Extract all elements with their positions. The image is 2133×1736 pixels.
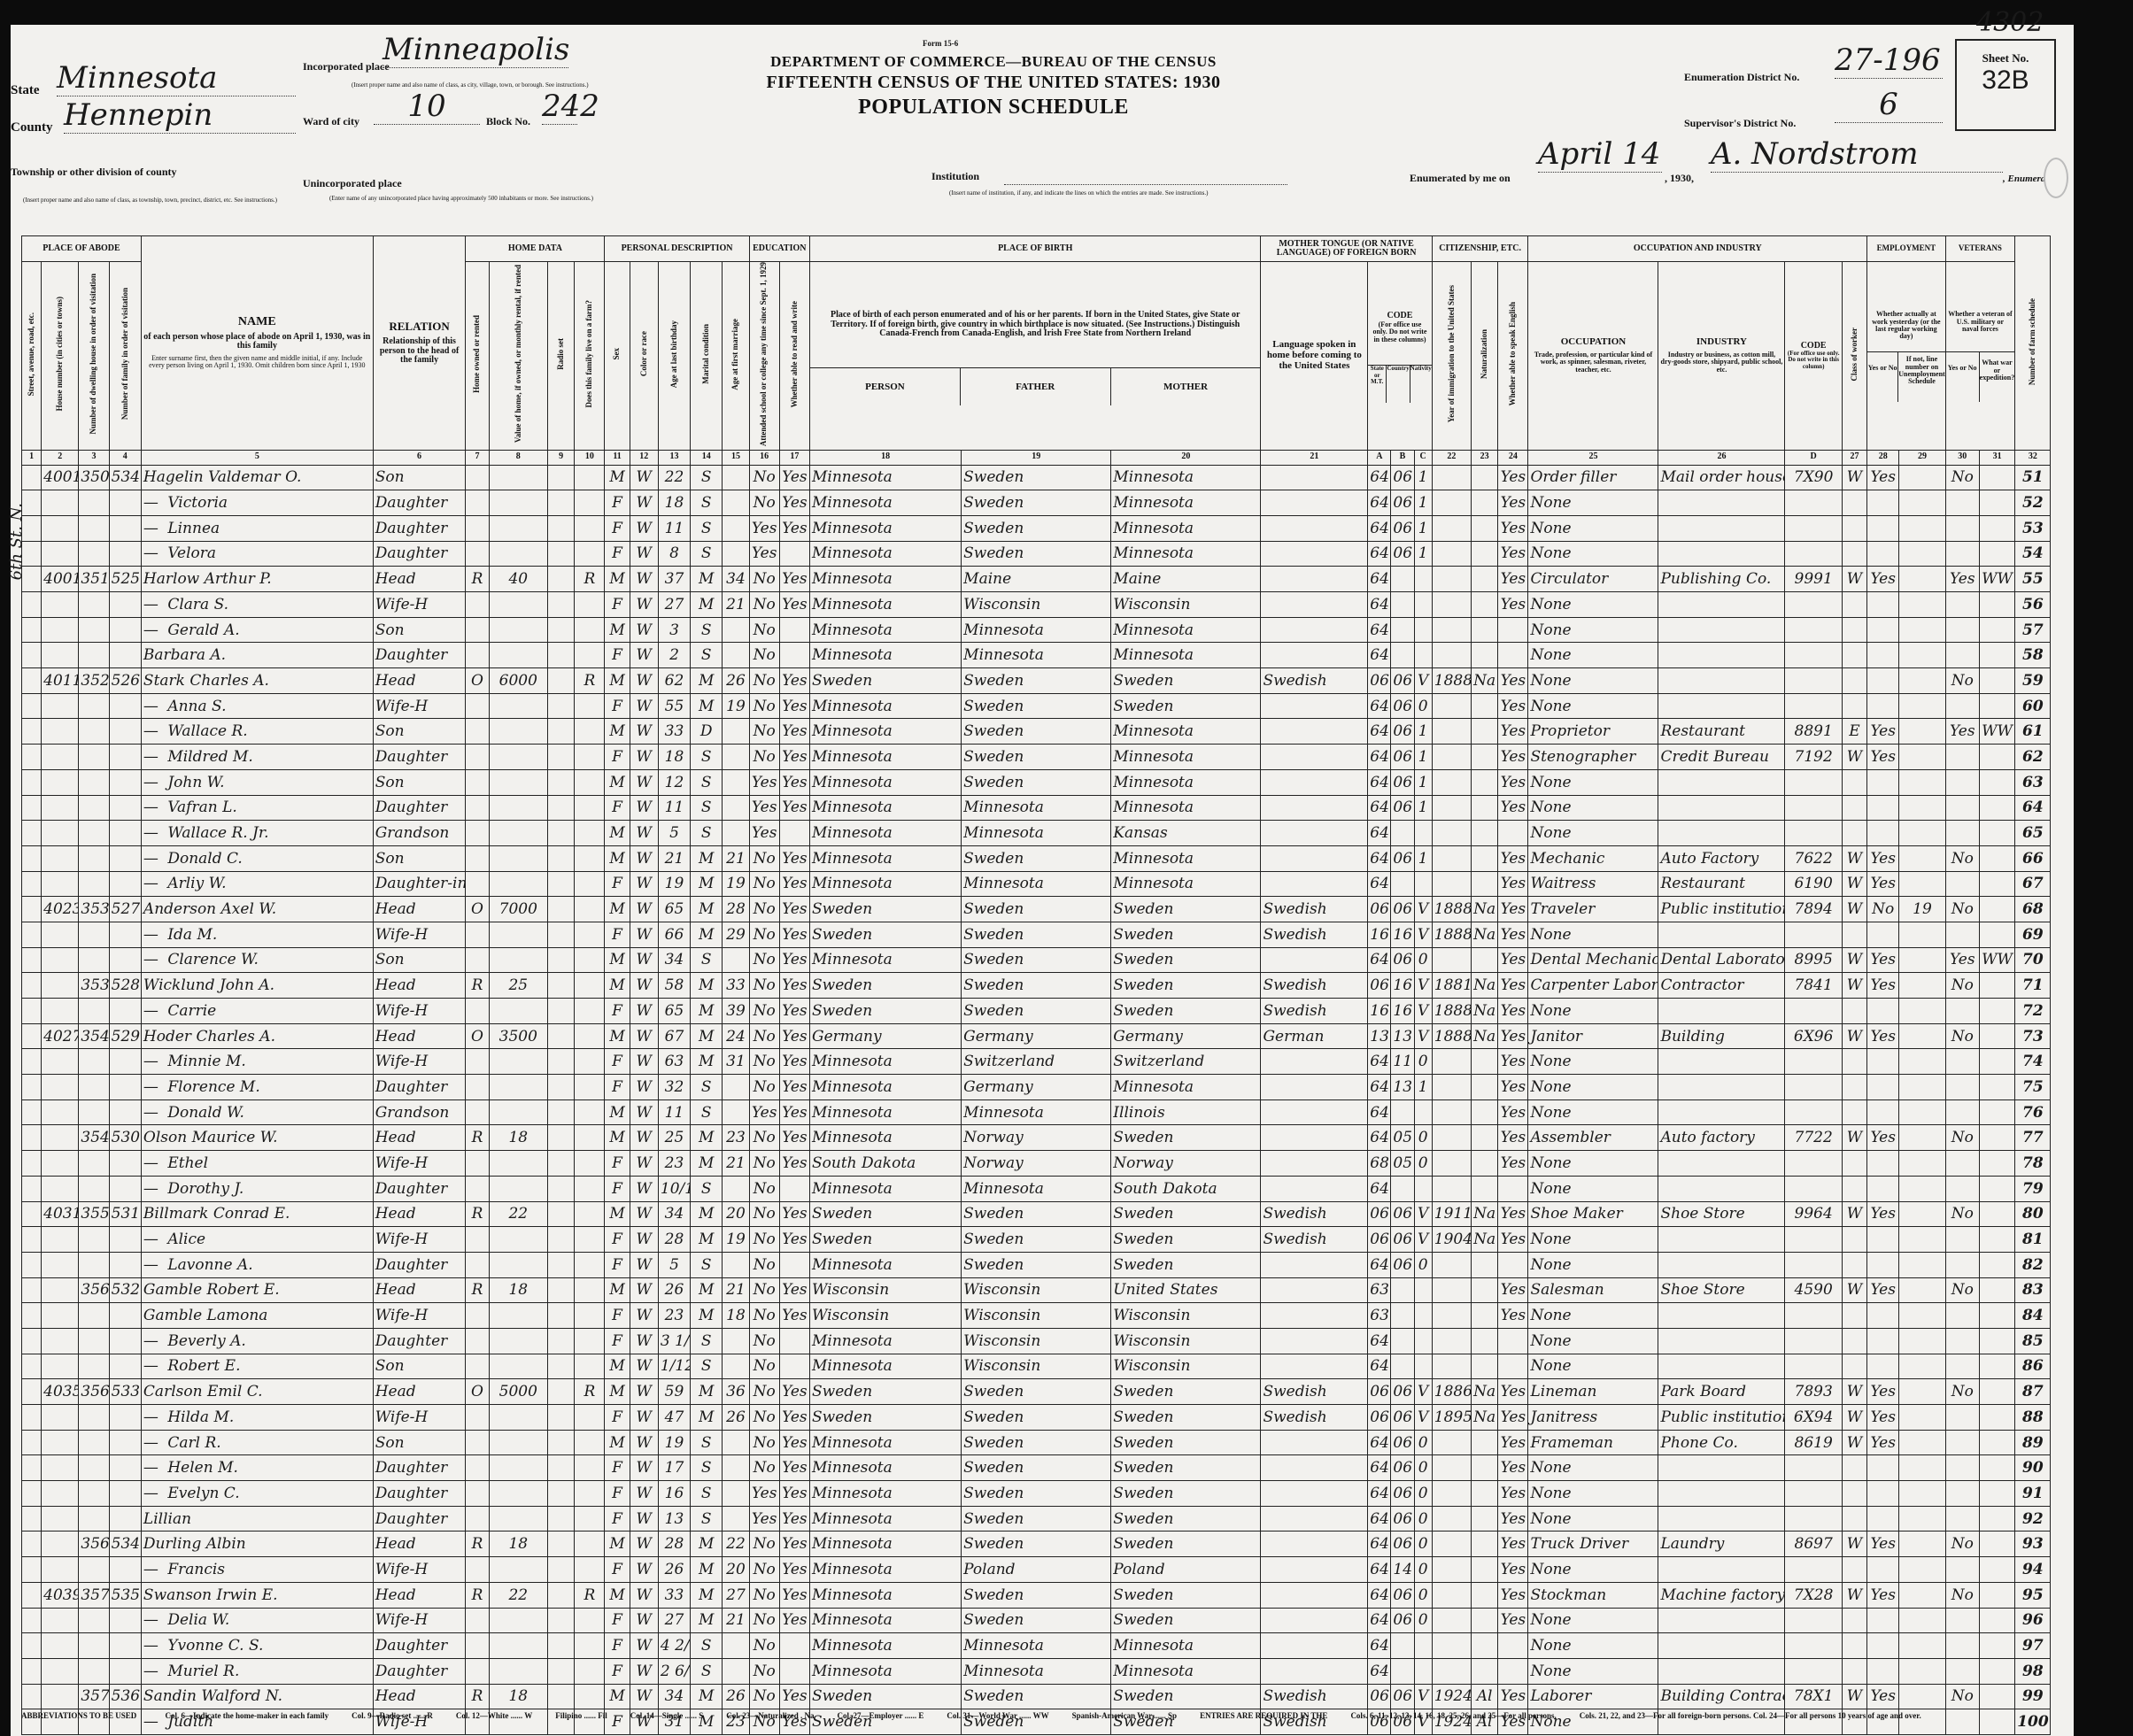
- race-cell: W: [630, 821, 658, 846]
- birthplace-person-cell: Minnesota: [810, 1430, 962, 1455]
- home-tenure-cell: [466, 693, 489, 719]
- occupation-code-cell: 9964: [1785, 1201, 1842, 1227]
- family-number-cell: 529: [109, 1023, 141, 1049]
- industry-cell: [1658, 1176, 1785, 1201]
- dwelling-number-cell: 353: [79, 897, 109, 922]
- class-of-worker-cell: [1842, 1303, 1866, 1329]
- occupation-cell: Circulator: [1528, 567, 1658, 592]
- birthplace-mother-cell: Wisconsin: [1111, 1354, 1261, 1379]
- same-surname-dash: —: [143, 1053, 163, 1070]
- home-tenure-cell: [466, 769, 489, 795]
- home-tenure-cell: R: [466, 973, 489, 999]
- age-first-marriage-cell: [723, 1633, 749, 1659]
- name-cell: Gamble Robert E.: [141, 1277, 373, 1303]
- war-cell: [1979, 871, 2014, 897]
- immigration-year-cell: [1432, 871, 1471, 897]
- unemployment-line-cell: 19: [1899, 897, 1945, 922]
- occupation-cell: None: [1528, 769, 1658, 795]
- at-work-cell: [1867, 1176, 1899, 1201]
- street-cell: [22, 1557, 42, 1583]
- at-work-cell: Yes: [1867, 465, 1899, 490]
- code-c-cell: [1414, 1354, 1432, 1379]
- occupation-cell: None: [1528, 1506, 1658, 1532]
- family-number-cell: [109, 1252, 141, 1277]
- radio-cell: [548, 1532, 575, 1557]
- age-cell: 65: [658, 897, 690, 922]
- industry-cell: [1658, 1506, 1785, 1532]
- farm-cell: [575, 693, 605, 719]
- marital-cell: S: [691, 1633, 723, 1659]
- street-cell: [22, 1455, 42, 1481]
- table-row: — Arliy W.Daughter-in-lawFW19M19NoYesMin…: [22, 871, 2078, 897]
- speaks-english-cell: Yes: [1498, 1201, 1528, 1227]
- age-cell: 27: [658, 592, 690, 618]
- industry-cell: [1658, 693, 1785, 719]
- name-cell: — Linnea: [141, 515, 373, 541]
- code-c-cell: V: [1414, 922, 1432, 947]
- mother-tongue-cell: Swedish: [1261, 922, 1368, 947]
- age-cell: 33: [658, 719, 690, 745]
- relation-cell: Head: [373, 1532, 466, 1557]
- age-first-marriage-cell: 28: [723, 897, 749, 922]
- birthplace-father-cell: Sweden: [962, 1481, 1111, 1507]
- home-tenure-cell: [466, 1303, 489, 1329]
- radio-cell: [548, 1049, 575, 1075]
- age-first-marriage-cell: 26: [723, 668, 749, 694]
- naturalization-cell: [1472, 1481, 1498, 1507]
- relation-cell: Daughter: [373, 1328, 466, 1354]
- sex-cell: F: [605, 795, 630, 821]
- radio-cell: [548, 947, 575, 973]
- dwelling-number-cell: [79, 1354, 109, 1379]
- marital-cell: M: [691, 999, 723, 1024]
- birthplace-mother-cell: Sweden: [1111, 1252, 1261, 1277]
- read-write-cell: Yes: [779, 1049, 809, 1075]
- relation-cell: Wife-H: [373, 922, 466, 947]
- at-work-cell: Yes: [1867, 567, 1899, 592]
- given-name: John A.: [220, 976, 274, 994]
- veteran-cell: [1945, 1227, 1979, 1253]
- birthplace-person-cell: Minnesota: [810, 1658, 962, 1684]
- street-cell: [22, 973, 42, 999]
- age-first-marriage-cell: [723, 1455, 749, 1481]
- mother-tongue-cell: [1261, 769, 1368, 795]
- class-of-worker-cell: [1842, 1328, 1866, 1354]
- relation-cell: Son: [373, 719, 466, 745]
- immigration-year-cell: [1432, 1099, 1471, 1125]
- occupation-code-cell: 4590: [1785, 1277, 1842, 1303]
- unemployment-line-cell: [1899, 617, 1945, 643]
- institution-note: (Insert name of institution, if any, and…: [949, 189, 1209, 197]
- relation-cell: Daughter: [373, 1633, 466, 1659]
- race-cell: W: [630, 617, 658, 643]
- occupation-cell: Traveler: [1528, 897, 1658, 922]
- state-value: Minnesota: [57, 60, 296, 96]
- unemployment-line-cell: [1899, 1658, 1945, 1684]
- family-number-cell: [109, 1430, 141, 1455]
- speaks-english-cell: Yes: [1498, 922, 1528, 947]
- naturalization-cell: [1472, 490, 1498, 516]
- occupation-code-cell: [1785, 821, 1842, 846]
- war-cell: [1979, 1023, 2014, 1049]
- sex-cell: M: [605, 1354, 630, 1379]
- table-row: 4011352526Stark Charles A.HeadO6000RMW62…: [22, 668, 2078, 694]
- naturalization-cell: [1472, 871, 1498, 897]
- speaks-english-cell: [1498, 1658, 1528, 1684]
- occupation-code-cell: 8697: [1785, 1532, 1842, 1557]
- house-number-cell: [42, 1557, 79, 1583]
- home-value-cell: [489, 821, 547, 846]
- house-number-cell: [42, 1354, 79, 1379]
- immigration-year-cell: 1888: [1432, 999, 1471, 1024]
- unemployment-line-cell: [1899, 541, 1945, 567]
- industry-cell: Public institution: [1658, 897, 1785, 922]
- marital-cell: M: [691, 1277, 723, 1303]
- family-number-cell: [109, 1506, 141, 1532]
- sex-cell: F: [605, 871, 630, 897]
- race-cell: W: [630, 567, 658, 592]
- house-number-cell: [42, 1328, 79, 1354]
- code-b-cell: 06: [1391, 1481, 1414, 1507]
- veteran-cell: No: [1945, 973, 1979, 999]
- occupation-code-cell: 9991: [1785, 567, 1842, 592]
- speaks-english-cell: Yes: [1498, 1379, 1528, 1405]
- mother-tongue-cell: [1261, 1557, 1368, 1583]
- footer-note: Col. 6—Indicate the home-maker in each f…: [166, 1711, 329, 1720]
- class-of-worker-cell: W: [1842, 1201, 1866, 1227]
- speaks-english-cell: Yes: [1498, 515, 1528, 541]
- speaks-english-cell: Yes: [1498, 947, 1528, 973]
- place-of-birth-subheader: Place of birth of each person enumerated…: [810, 262, 1261, 451]
- race-cell: W: [630, 1049, 658, 1075]
- street-cell: [22, 1176, 42, 1201]
- header-mother-tongue: MOTHER TONGUE (OR NATIVE LANGUAGE) OF FO…: [1261, 236, 1432, 262]
- county-value: Hennepin: [64, 97, 296, 134]
- read-write-cell: [779, 1354, 809, 1379]
- home-tenure-cell: [466, 541, 489, 567]
- code-c-cell: 0: [1414, 693, 1432, 719]
- house-number-cell: [42, 1506, 79, 1532]
- township-label: Township or other division of county: [11, 166, 303, 178]
- read-write-cell: Yes: [779, 1608, 809, 1633]
- read-write-cell: [779, 1658, 809, 1684]
- relation-cell: Son: [373, 845, 466, 871]
- birthplace-father-cell: Sweden: [962, 1405, 1111, 1431]
- age-cell: 28: [658, 1532, 690, 1557]
- at-work-cell: Yes: [1867, 1277, 1899, 1303]
- home-tenure-cell: [466, 1354, 489, 1379]
- speaks-english-cell: [1498, 1176, 1528, 1201]
- mother-tongue-cell: [1261, 1532, 1368, 1557]
- code-a-cell: 64: [1368, 1481, 1391, 1507]
- war-cell: [1979, 465, 2014, 490]
- class-of-worker-cell: [1842, 693, 1866, 719]
- street-cell: [22, 1201, 42, 1227]
- radio-cell: [548, 719, 575, 745]
- column-number-9: 9: [548, 450, 575, 465]
- sex-cell: F: [605, 1227, 630, 1253]
- age-first-marriage-cell: [723, 719, 749, 745]
- institution-line: [1004, 174, 1287, 185]
- race-cell: W: [630, 947, 658, 973]
- birthplace-person-cell: Minnesota: [810, 795, 962, 821]
- age-first-marriage-cell: [723, 643, 749, 668]
- unemployment-line-cell: [1899, 693, 1945, 719]
- occupation-code-cell: [1785, 1481, 1842, 1507]
- birthplace-person-cell: Minnesota: [810, 769, 962, 795]
- table-row: 356532Gamble Robert E.HeadR18MW26M21NoYe…: [22, 1277, 2078, 1303]
- birthplace-father-cell: Sweden: [962, 1684, 1111, 1709]
- class-of-worker-cell: [1842, 1176, 1866, 1201]
- birthplace-person-cell: Minnesota: [810, 1328, 962, 1354]
- street-cell: [22, 1277, 42, 1303]
- code-a-cell: 64: [1368, 1099, 1391, 1125]
- unemployment-line-cell: [1899, 643, 1945, 668]
- name-cell: Wicklund John A.: [141, 973, 373, 999]
- family-number-cell: [109, 1658, 141, 1684]
- street-cell: [22, 1430, 42, 1455]
- unemployment-line-cell: [1899, 490, 1945, 516]
- name-cell: — Carl R.: [141, 1430, 373, 1455]
- line-number-cell: 98: [2015, 1658, 2051, 1684]
- at-work-cell: Yes: [1867, 1430, 1899, 1455]
- house-number-cell: [42, 1430, 79, 1455]
- school-cell: No: [749, 1075, 779, 1100]
- speaks-english-cell: Yes: [1498, 1557, 1528, 1583]
- name-cell: — Arliy W.: [141, 871, 373, 897]
- race-cell: W: [630, 1405, 658, 1431]
- war-cell: [1979, 1582, 2014, 1608]
- industry-cell: Phone Co.: [1658, 1430, 1785, 1455]
- relation-cell: Son: [373, 1430, 466, 1455]
- given-name: Ethel: [167, 1154, 208, 1172]
- family-number-cell: 530: [109, 1125, 141, 1151]
- dwelling-number-cell: [79, 693, 109, 719]
- radio-cell: [548, 1354, 575, 1379]
- column-number-24: 24: [1498, 450, 1528, 465]
- code-b-cell: [1391, 1633, 1414, 1659]
- street-cell: [22, 1658, 42, 1684]
- naturalization-cell: [1472, 1252, 1498, 1277]
- table-row: — Clarence W.SonMW34SNoYesMinnesotaSwede…: [22, 947, 2078, 973]
- family-number-cell: [109, 1176, 141, 1201]
- code-c-cell: 1: [1414, 465, 1432, 490]
- birthplace-mother-cell: Minnesota: [1111, 1633, 1261, 1659]
- sex-cell: F: [605, 1481, 630, 1507]
- veteran-cell: No: [1945, 1023, 1979, 1049]
- birthplace-mother-cell: Sweden: [1111, 999, 1261, 1024]
- war-cell: [1979, 1201, 2014, 1227]
- veteran-cell: [1945, 745, 1979, 770]
- column-number-6: 6: [373, 450, 466, 465]
- birthplace-person-cell: Minnesota: [810, 845, 962, 871]
- birthplace-mother-cell: South Dakota: [1111, 1176, 1261, 1201]
- speaks-english-cell: Yes: [1498, 719, 1528, 745]
- war-cell: [1979, 1430, 2014, 1455]
- code-a-cell: 64: [1368, 1506, 1391, 1532]
- column-number-13: 13: [658, 450, 690, 465]
- birthplace-mother-cell: Kansas: [1111, 821, 1261, 846]
- industry-cell: [1658, 999, 1785, 1024]
- mother-tongue-cell: [1261, 1176, 1368, 1201]
- code-c-cell: [1414, 567, 1432, 592]
- race-cell: W: [630, 845, 658, 871]
- line-number-cell: 72: [2015, 999, 2051, 1024]
- unemployment-line-cell: [1899, 1176, 1945, 1201]
- home-tenure-cell: [466, 999, 489, 1024]
- dwelling-number-cell: 352: [79, 668, 109, 694]
- home-value-cell: [489, 845, 547, 871]
- speaks-english-cell: [1498, 1252, 1528, 1277]
- form-number: Form 15-6: [923, 39, 958, 48]
- age-first-marriage-cell: [723, 795, 749, 821]
- birthplace-father-cell: Sweden: [962, 1455, 1111, 1481]
- immigration-year-cell: 1888: [1432, 668, 1471, 694]
- sex-cell: M: [605, 719, 630, 745]
- line-number-cell: 68: [2015, 897, 2051, 922]
- occupation-cell: Truck Driver: [1528, 1532, 1658, 1557]
- immigration-year-cell: 1911: [1432, 1201, 1471, 1227]
- read-write-cell: Yes: [779, 1455, 809, 1481]
- read-write-cell: Yes: [779, 897, 809, 922]
- sex-cell: F: [605, 693, 630, 719]
- occupation-code-cell: 8891: [1785, 719, 1842, 745]
- code-c-cell: 0: [1414, 1151, 1432, 1177]
- line-number-cell: 95: [2015, 1582, 2051, 1608]
- code-c-cell: V: [1414, 1405, 1432, 1431]
- birthplace-father-cell: Sweden: [962, 769, 1111, 795]
- naturalization-cell: [1472, 693, 1498, 719]
- sex-cell: M: [605, 1099, 630, 1125]
- race-cell: W: [630, 1684, 658, 1709]
- same-surname-dash: —: [143, 1434, 163, 1452]
- name-cell: — Muriel R.: [141, 1658, 373, 1684]
- race-cell: W: [630, 1023, 658, 1049]
- birthplace-person-cell: Sweden: [810, 1379, 962, 1405]
- header-occupation-industry: OCCUPATION AND INDUSTRY: [1528, 236, 1867, 262]
- table-row: — Beverly A.DaughterFW3 1/12SNoMinnesota…: [22, 1328, 2078, 1354]
- column-number-14: 14: [691, 450, 723, 465]
- marital-cell: M: [691, 567, 723, 592]
- marital-cell: S: [691, 1658, 723, 1684]
- dwelling-number-cell: [79, 1227, 109, 1253]
- house-number-cell: [42, 1658, 79, 1684]
- birthplace-mother-cell: Sweden: [1111, 1430, 1261, 1455]
- speaks-english-cell: Yes: [1498, 1277, 1528, 1303]
- relation-cell: Wife-H: [373, 999, 466, 1024]
- column-number-7: 7: [466, 450, 489, 465]
- surname: Swanson: [143, 1586, 212, 1604]
- birthplace-mother-cell: Wisconsin: [1111, 1303, 1261, 1329]
- home-value-cell: [489, 947, 547, 973]
- age-cell: 5: [658, 821, 690, 846]
- name-cell: — Minnie M.: [141, 1049, 373, 1075]
- home-tenure-cell: [466, 1455, 489, 1481]
- age-first-marriage-cell: [723, 617, 749, 643]
- table-row: — Florence M.DaughterFW32SNoYesMinnesota…: [22, 1075, 2078, 1100]
- radio-cell: [548, 1405, 575, 1431]
- at-work-cell: [1867, 1481, 1899, 1507]
- line-number-cell: 99: [2015, 1684, 2051, 1709]
- street-cell: [22, 617, 42, 643]
- ward-value: 10: [374, 89, 480, 125]
- industry-cell: Park Board: [1658, 1379, 1785, 1405]
- table-row: — LinneaDaughterFW11SYesYesMinnesotaSwed…: [22, 515, 2078, 541]
- relation-cell: Daughter: [373, 643, 466, 668]
- race-cell: W: [630, 1277, 658, 1303]
- line-number-cell: 87: [2015, 1379, 2051, 1405]
- immigration-year-cell: [1432, 567, 1471, 592]
- immigration-year-cell: [1432, 1506, 1471, 1532]
- class-of-worker-cell: [1842, 541, 1866, 567]
- name-cell: — Yvonne C. S.: [141, 1633, 373, 1659]
- school-cell: No: [749, 1023, 779, 1049]
- immigration-year-cell: [1432, 769, 1471, 795]
- unemployment-line-cell: [1899, 1201, 1945, 1227]
- age-cell: 18: [658, 490, 690, 516]
- column-number-25: 25: [1528, 450, 1658, 465]
- veteran-cell: [1945, 1049, 1979, 1075]
- speaks-english-cell: Yes: [1498, 1532, 1528, 1557]
- school-cell: No: [749, 1658, 779, 1684]
- mother-tongue-cell: [1261, 1608, 1368, 1633]
- column-label-12: Color or race: [630, 262, 658, 451]
- code-b-cell: [1391, 1277, 1414, 1303]
- table-row: — Muriel R.DaughterFW2 6/12SNoMinnesotaM…: [22, 1658, 2078, 1684]
- birthplace-mother-cell: Sweden: [1111, 1608, 1261, 1633]
- immigration-year-cell: [1432, 1608, 1471, 1633]
- given-name: Ida M.: [167, 926, 217, 944]
- school-cell: No: [749, 1354, 779, 1379]
- immigration-year-cell: [1432, 1328, 1471, 1354]
- house-number-cell: [42, 745, 79, 770]
- same-surname-dash: —: [143, 722, 163, 740]
- code-a-cell: 64: [1368, 845, 1391, 871]
- line-number-cell: 74: [2015, 1049, 2051, 1075]
- war-cell: [1979, 490, 2014, 516]
- name-cell: — Ethel: [141, 1151, 373, 1177]
- dwelling-number-cell: 351: [79, 567, 109, 592]
- marital-cell: M: [691, 1608, 723, 1633]
- age-first-marriage-cell: 20: [723, 1557, 749, 1583]
- occupation-code-cell: [1785, 617, 1842, 643]
- birthplace-person-cell: Sweden: [810, 668, 962, 694]
- read-write-cell: Yes: [779, 668, 809, 694]
- street-cell: [22, 1099, 42, 1125]
- same-surname-dash: —: [143, 1256, 163, 1274]
- class-of-worker-cell: [1842, 1227, 1866, 1253]
- war-cell: [1979, 1481, 2014, 1507]
- census-title: FIFTEENTH CENSUS OF THE UNITED STATES: 1…: [666, 73, 1321, 93]
- birthplace-mother-cell: Wisconsin: [1111, 592, 1261, 618]
- language-subheader: Language spoken in home before coming to…: [1261, 262, 1368, 451]
- mother-tongue-cell: [1261, 1252, 1368, 1277]
- war-cell: [1979, 1506, 2014, 1532]
- dwelling-number-cell: [79, 769, 109, 795]
- surname: Hagelin: [143, 468, 204, 486]
- radio-cell: [548, 541, 575, 567]
- supervisor-label: Supervisor's District No.: [1684, 117, 1796, 130]
- age-first-marriage-cell: 21: [723, 1151, 749, 1177]
- name-cell: — Donald W.: [141, 1099, 373, 1125]
- veteran-cell: [1945, 1099, 1979, 1125]
- school-cell: No: [749, 1455, 779, 1481]
- family-number-cell: 531: [109, 1201, 141, 1227]
- school-cell: No: [749, 465, 779, 490]
- home-tenure-cell: [466, 1506, 489, 1532]
- street-cell: [22, 719, 42, 745]
- family-number-cell: [109, 1151, 141, 1177]
